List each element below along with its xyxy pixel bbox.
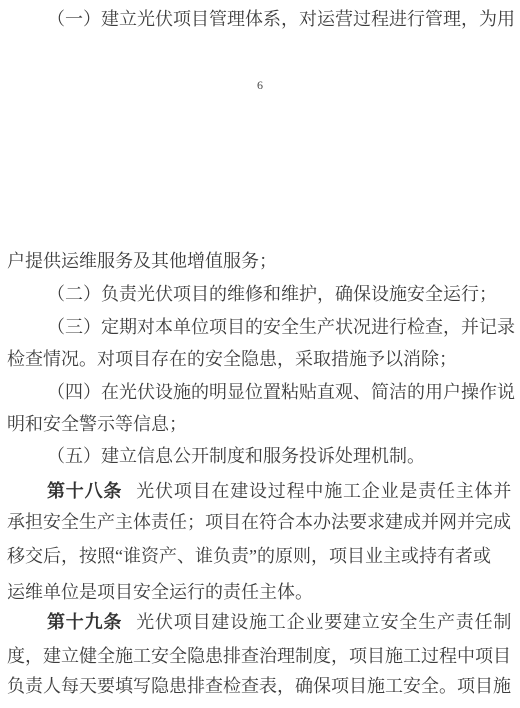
clause-3-line-2: 检查情况。对项目存在的安全隐患，采取措施予以消除； bbox=[7, 347, 457, 371]
clause-4-line-1: （四）在光伏设施的明显位置粘贴直观、简洁的用户操作说 bbox=[47, 380, 515, 404]
article-18-line-2: 承担安全生产主体责任；项目在符合本办法要求建成并网并完成 bbox=[7, 510, 511, 534]
article-18-line-1: 第十八条光伏项目在建设过程中施工企业是责任主体并 bbox=[47, 479, 512, 503]
article-19-line-1-text: 光伏项目建设施工企业要建立安全生产责任制 bbox=[136, 612, 512, 632]
clause-1-first-line: （一）建立光伏项目管理体系，对运营过程进行管理，为用 bbox=[47, 7, 515, 31]
article-18-line-3: 移交后，按照“谁资产、谁负责”的原则，项目业主或持有者或 bbox=[7, 544, 491, 568]
clause-3-line-1: （三）定期对本单位项目的安全生产状况进行检查，并记录 bbox=[47, 315, 515, 339]
page-number: 6 bbox=[0, 78, 520, 92]
article-18-number: 第十八条 bbox=[47, 481, 122, 501]
document-page: （一）建立光伏项目管理体系，对运营过程进行管理，为用 6 户提供运维服务及其他增… bbox=[0, 0, 520, 708]
article-19-line-2: 度，建立健全施工安全隐患排查治理制度，项目施工过程中项目 bbox=[7, 644, 511, 668]
article-19-line-3: 负责人每天要填写隐患排查检查表，确保项目施工安全。项目施 bbox=[7, 674, 511, 698]
clause-4-line-2: 明和安全警示等信息； bbox=[7, 412, 187, 436]
article-18-line-4: 运维单位是项目安全运行的责任主体。 bbox=[7, 580, 313, 604]
article-19-number: 第十九条 bbox=[47, 612, 122, 632]
article-19-line-1: 第十九条光伏项目建设施工企业要建立安全生产责任制 bbox=[47, 610, 512, 634]
clause-5-line: （五）建立信息公开制度和服务投诉处理机制。 bbox=[47, 444, 425, 468]
clause-2-line: （二）负责光伏项目的维修和维护，确保设施安全运行； bbox=[47, 282, 497, 306]
clause-1-continuation-line: 户提供运维服务及其他增值服务； bbox=[7, 249, 277, 273]
article-18-line-1-text: 光伏项目在建设过程中施工企业是责任主体并 bbox=[136, 481, 512, 501]
